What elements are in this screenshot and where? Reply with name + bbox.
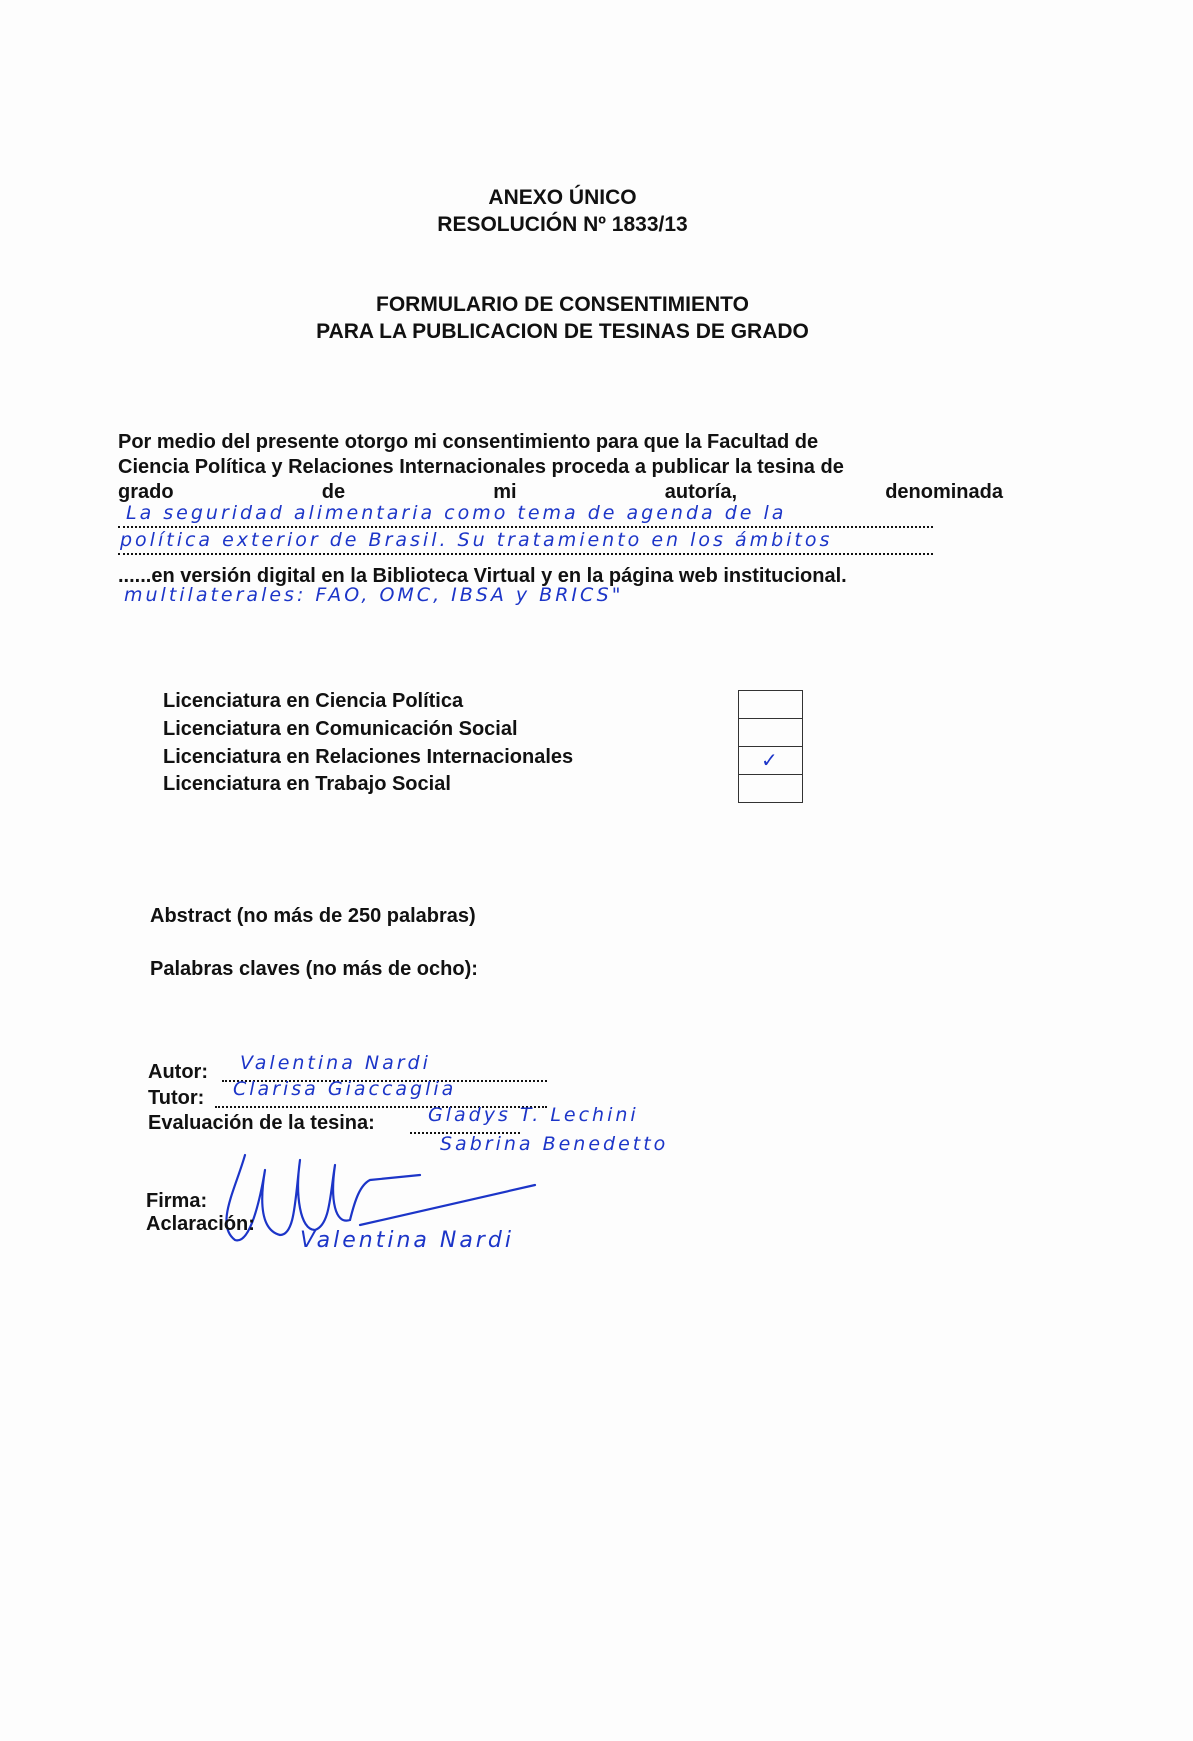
clarification-label: Aclaración: — [146, 1213, 255, 1236]
author-value: Valentina Nardi — [240, 1052, 431, 1074]
checkbox-comunicacion-social[interactable] — [739, 719, 802, 747]
evaluation-field[interactable]: Gladys T. Lechini — [410, 1110, 520, 1134]
abstract-label: Abstract (no más de 250 palabras) — [150, 905, 476, 928]
degree-comunicacion-social: Licenciatura en Comunicación Social — [163, 718, 518, 741]
handwritten-title-3: multilaterales: FAO, OMC, IBSA y BRICS" — [124, 584, 623, 606]
author-label: Autor: — [148, 1061, 208, 1084]
form-subtitle: PARA LA PUBLICACION DE TESINAS DE GRADO — [0, 320, 1125, 344]
resolution-number: RESOLUCIÓN Nº 1833/13 — [0, 213, 1125, 237]
degree-checkbox-group: ✓ — [738, 690, 803, 803]
consent-line-2: Ciencia Política y Relaciones Internacio… — [118, 455, 1003, 480]
annex-title: ANEXO ÚNICO — [0, 186, 1125, 210]
degree-trabajo-social: Licenciatura en Trabajo Social — [163, 773, 451, 796]
degree-ciencia-politica: Licenciatura en Ciencia Política — [163, 690, 463, 713]
clarification-value: Valentina Nardi — [300, 1228, 514, 1253]
keywords-label: Palabras claves (no más de ocho): — [150, 958, 478, 981]
evaluator-1: Gladys T. Lechini — [428, 1104, 639, 1126]
signature-label: Firma: — [146, 1190, 207, 1213]
checkbox-trabajo-social[interactable] — [739, 775, 802, 802]
tutor-value: Clarisa Giaccaglia — [233, 1078, 456, 1100]
form-title: FORMULARIO DE CONSENTIMIENTO — [0, 293, 1125, 317]
check-mark-icon: ✓ — [761, 748, 778, 772]
thesis-title-line-1[interactable]: La seguridad alimentaria como tema de ag… — [118, 500, 933, 528]
checkbox-relaciones-internacionales[interactable]: ✓ — [739, 747, 802, 775]
consent-line-1: Por medio del presente otorgo mi consent… — [118, 430, 1003, 455]
handwritten-title-2: política exterior de Brasil. Su tratamie… — [120, 529, 832, 551]
thesis-title-line-2[interactable]: política exterior de Brasil. Su tratamie… — [118, 527, 933, 555]
evaluation-label: Evaluación de la tesina: — [148, 1112, 375, 1135]
checkbox-ciencia-politica[interactable] — [739, 691, 802, 719]
tutor-label: Tutor: — [148, 1087, 204, 1110]
degree-relaciones-internacionales: Licenciatura en Relaciones Internacional… — [163, 746, 573, 769]
handwritten-title-1: La seguridad alimentaria como tema de ag… — [126, 502, 786, 524]
